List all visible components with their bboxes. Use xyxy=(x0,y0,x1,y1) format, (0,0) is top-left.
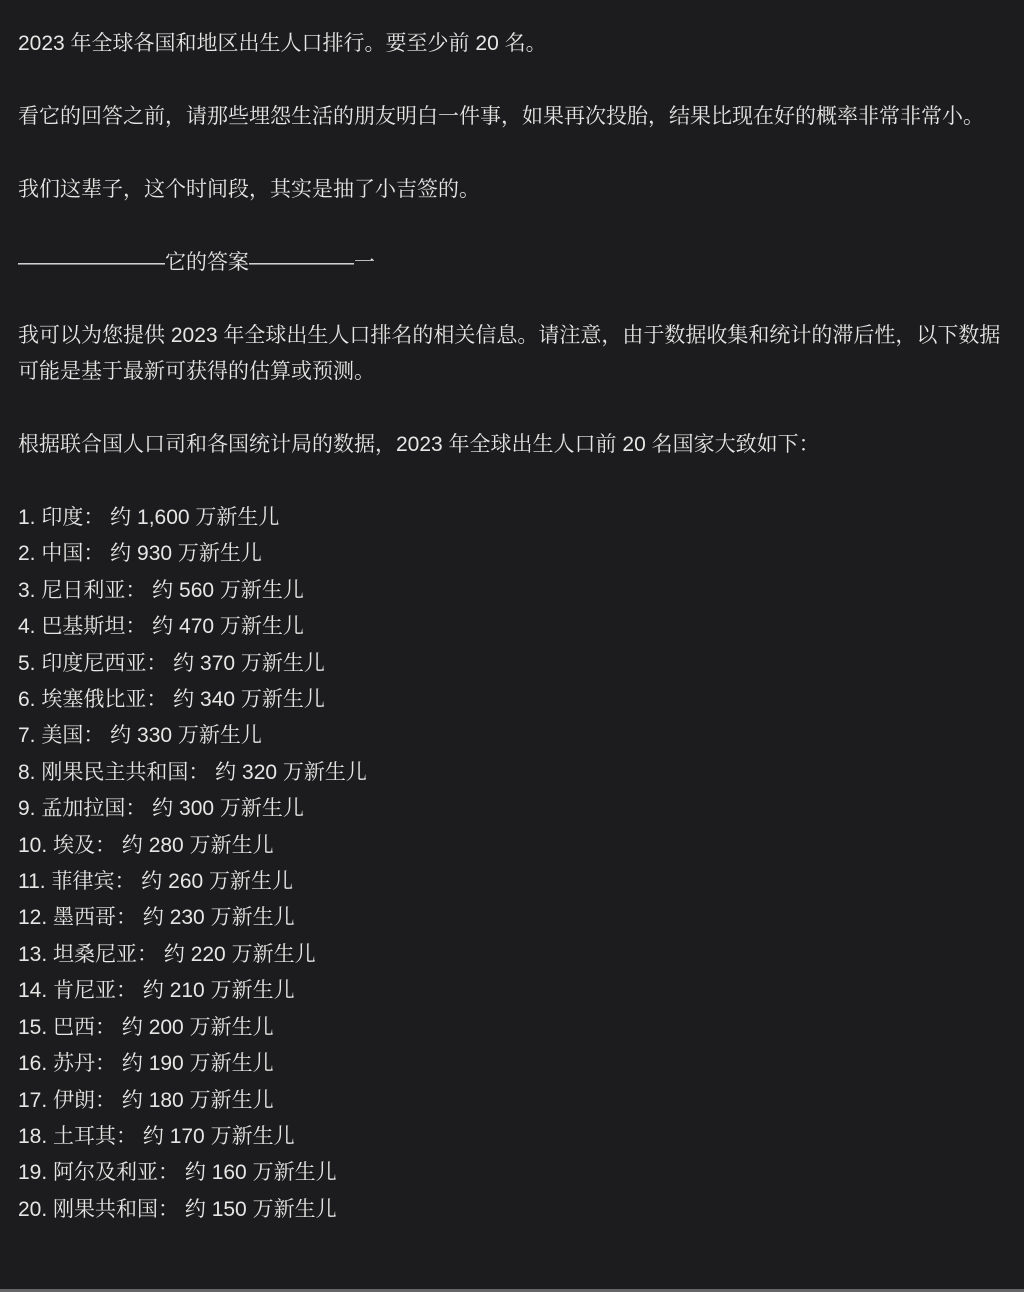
ranking-item: 5. 印度尼西亚： 约 370 万新生儿 xyxy=(18,646,1010,682)
ranking-item: 4. 巴基斯坦： 约 470 万新生儿 xyxy=(18,609,1010,645)
answer-leadin-paragraph: 根据联合国人口司和各国统计局的数据，2023 年全球出生人口前 20 名国家大致… xyxy=(18,427,1010,463)
ranking-item: 1. 印度： 约 1,600 万新生儿 xyxy=(18,500,1010,536)
ranking-item: 13. 坦桑尼亚： 约 220 万新生儿 xyxy=(18,937,1010,973)
ranking-item: 15. 巴西： 约 200 万新生儿 xyxy=(18,1010,1010,1046)
ranking-item: 18. 土耳其： 约 170 万新生儿 xyxy=(18,1119,1010,1155)
ranking-item: 17. 伊朗： 约 180 万新生儿 xyxy=(18,1083,1010,1119)
ranking-item: 19. 阿尔及利亚： 约 160 万新生儿 xyxy=(18,1155,1010,1191)
ranking-item: 20. 刚果共和国： 约 150 万新生儿 xyxy=(18,1192,1010,1228)
ranking-list: 1. 印度： 约 1,600 万新生儿 2. 中国： 约 930 万新生儿 3.… xyxy=(18,500,1010,1228)
ranking-item: 11. 菲律宾： 约 260 万新生儿 xyxy=(18,864,1010,900)
ranking-item: 3. 尼日利亚： 约 560 万新生儿 xyxy=(18,573,1010,609)
ranking-item: 7. 美国： 约 330 万新生儿 xyxy=(18,718,1010,754)
ranking-item: 10. 埃及： 约 280 万新生儿 xyxy=(18,828,1010,864)
ranking-item: 16. 苏丹： 约 190 万新生儿 xyxy=(18,1046,1010,1082)
ranking-item: 2. 中国： 约 930 万新生儿 xyxy=(18,536,1010,572)
commentary-paragraph-2: 我们这辈子，这个时间段，其实是抽了小吉签的。 xyxy=(18,172,1010,208)
post-page: 2023 年全球各国和地区出生人口排行。要至少前 20 名。 看它的回答之前，请… xyxy=(0,0,1024,1292)
commentary-paragraph-1: 看它的回答之前，请那些埋怨生活的朋友明白一件事，如果再次投胎，结果比现在好的概率… xyxy=(18,99,1010,135)
ranking-item: 8. 刚果民主共和国： 约 320 万新生儿 xyxy=(18,755,1010,791)
ranking-item: 14. 肯尼亚： 约 210 万新生儿 xyxy=(18,973,1010,1009)
ranking-item: 9. 孟加拉国： 约 300 万新生儿 xyxy=(18,791,1010,827)
ranking-item: 6. 埃塞俄比亚： 约 340 万新生儿 xyxy=(18,682,1010,718)
answer-separator: ———————它的答案—————一 xyxy=(18,245,1010,281)
post-question: 2023 年全球各国和地区出生人口排行。要至少前 20 名。 xyxy=(18,26,1010,62)
ranking-item: 12. 墨西哥： 约 230 万新生儿 xyxy=(18,900,1010,936)
answer-intro-paragraph: 我可以为您提供 2023 年全球出生人口排名的相关信息。请注意，由于数据收集和统… xyxy=(18,318,1010,390)
